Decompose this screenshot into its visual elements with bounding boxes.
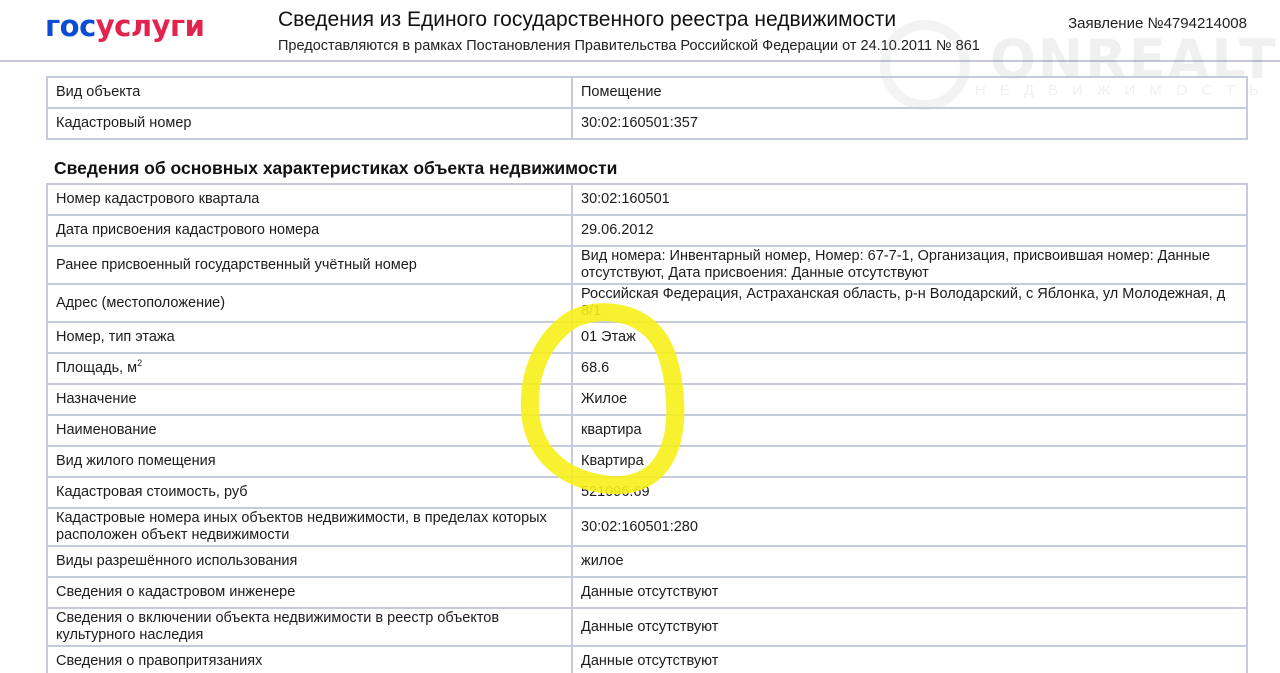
row-label: Назначение (47, 384, 572, 415)
row-value: Помещение (572, 77, 1247, 108)
row-label-text: Кадастровые номера иных объектов недвижи… (56, 510, 547, 543)
table-row: Номер, тип этажа01 Этаж (47, 322, 1247, 353)
table-row: Кадастровая стоимость, руб521096.69 (47, 477, 1247, 508)
table-row: Вид жилого помещенияКвартира (47, 446, 1247, 477)
row-value: 30:02:160501:357 (572, 108, 1247, 139)
row-label-text: Виды разрешённого использования (56, 553, 297, 569)
row-label: Кадастровые номера иных объектов недвижи… (47, 508, 572, 546)
table-row: НазначениеЖилое (47, 384, 1247, 415)
row-label-text: Сведения о кадастровом инженере (56, 584, 295, 600)
row-value: Квартира (572, 446, 1247, 477)
row-label: Номер, тип этажа (47, 322, 572, 353)
row-label-text: Наименование (56, 422, 157, 438)
row-label: Сведения о правопритязаниях (47, 646, 572, 673)
document-subtitle: Предоставляются в рамках Постановления П… (278, 38, 980, 54)
row-value: Жилое (572, 384, 1247, 415)
row-value: Данные отсутствуют (572, 577, 1247, 608)
table-row: Сведения о правопритязанияхДанные отсутс… (47, 646, 1247, 673)
row-value: жилое (572, 546, 1247, 577)
table-row: Кадастровые номера иных объектов недвижи… (47, 508, 1247, 546)
table-row: Адрес (местоположение)Российская Федерац… (47, 284, 1247, 322)
row-value: 521096.69 (572, 477, 1247, 508)
table-row: Виды разрешённого использованияжилое (47, 546, 1247, 577)
table-row: Вид объекта Помещение (47, 77, 1247, 108)
row-value: 30:02:160501 (572, 184, 1247, 215)
row-label: Вид жилого помещения (47, 446, 572, 477)
table-row: Кадастровый номер 30:02:160501:357 (47, 108, 1247, 139)
row-label-text: Номер, тип этажа (56, 329, 175, 345)
row-value: квартира (572, 415, 1247, 446)
row-label: Дата присвоения кадастрового номера (47, 215, 572, 246)
logo-part-uslugi: услуги (96, 9, 205, 43)
section-title: Сведения об основных характеристиках объ… (54, 158, 617, 179)
row-label: Ранее присвоенный государственный учётны… (47, 246, 572, 284)
table-row: Площадь, м268.6 (47, 353, 1247, 384)
row-label-text: Ранее присвоенный государственный учётны… (56, 257, 417, 273)
row-label-text: Номер кадастрового квартала (56, 191, 259, 207)
application-number: Заявление №4794214008 (1068, 15, 1247, 32)
row-label: Сведения о включении объекта недвижимост… (47, 608, 572, 646)
row-value: Данные отсутствуют (572, 646, 1247, 673)
row-label: Виды разрешённого использования (47, 546, 572, 577)
row-label: Наименование (47, 415, 572, 446)
row-value: Вид номера: Инвентарный номер, Номер: 67… (572, 246, 1247, 284)
table-row: Дата присвоения кадастрового номера29.06… (47, 215, 1247, 246)
row-label-text: Сведения о правопритязаниях (56, 653, 262, 669)
row-value: Данные отсутствуют (572, 608, 1247, 646)
row-label: Адрес (местоположение) (47, 284, 572, 322)
row-label-text: Кадастровая стоимость, руб (56, 484, 248, 500)
row-label: Номер кадастрового квартала (47, 184, 572, 215)
table-row: Наименованиеквартира (47, 415, 1247, 446)
row-value: 01 Этаж (572, 322, 1247, 353)
row-label-text: Адрес (местоположение) (56, 295, 225, 311)
document-title: Сведения из Единого государственного рее… (278, 8, 896, 32)
row-label: Кадастровый номер (47, 108, 572, 139)
row-label: Кадастровая стоимость, руб (47, 477, 572, 508)
row-label: Площадь, м2 (47, 353, 572, 384)
characteristics-table: Номер кадастрового квартала30:02:160501Д… (46, 183, 1248, 673)
row-value: 30:02:160501:280 (572, 508, 1247, 546)
row-value: Российская Федерация, Астраханская облас… (572, 284, 1247, 322)
object-identity-table: Вид объекта Помещение Кадастровый номер … (46, 76, 1248, 140)
row-label-text: Назначение (56, 391, 137, 407)
unit-superscript: 2 (137, 358, 142, 368)
row-value: 29.06.2012 (572, 215, 1247, 246)
row-label-text: Вид жилого помещения (56, 453, 216, 469)
table-row: Сведения о включении объекта недвижимост… (47, 608, 1247, 646)
row-value: 68.6 (572, 353, 1247, 384)
gosuslugi-logo[interactable]: госуслуги (45, 8, 204, 44)
row-label-text: Дата присвоения кадастрового номера (56, 222, 319, 238)
row-label-text: Сведения о включении объекта недвижимост… (56, 610, 499, 643)
row-label: Сведения о кадастровом инженере (47, 577, 572, 608)
table-row: Ранее присвоенный государственный учётны… (47, 246, 1247, 284)
row-label-text: Площадь, м (56, 360, 137, 376)
document-header: госуслуги Сведения из Единого государств… (0, 0, 1280, 62)
table-row: Номер кадастрового квартала30:02:160501 (47, 184, 1247, 215)
logo-part-gos: гос (45, 9, 96, 43)
row-label: Вид объекта (47, 77, 572, 108)
table-row: Сведения о кадастровом инженереДанные от… (47, 577, 1247, 608)
